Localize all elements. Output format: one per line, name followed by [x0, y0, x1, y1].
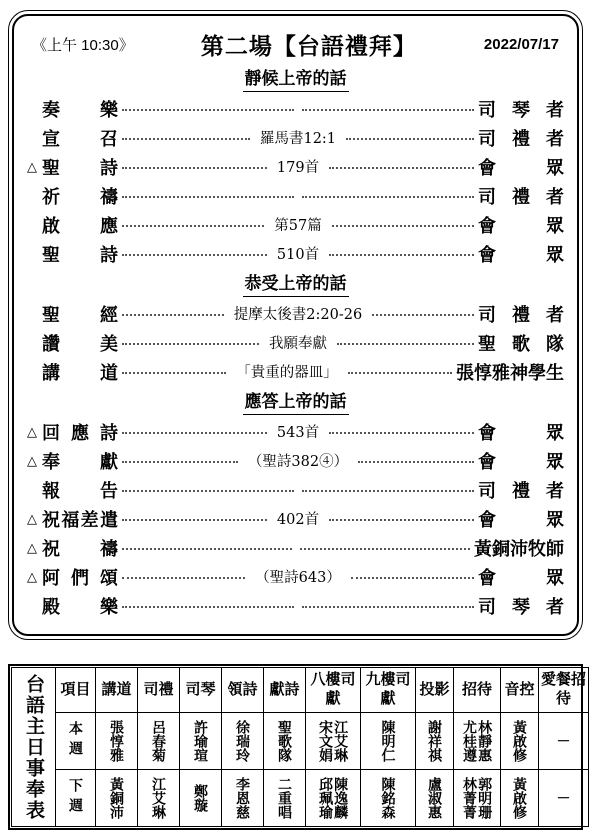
item-role: 張惇雅神學生	[456, 359, 564, 385]
kneel-mark: △	[27, 159, 42, 175]
section-heading: 恭受上帝的話	[14, 270, 577, 299]
item-role: 會眾	[478, 154, 564, 180]
item-content: 提摩太後書2:20-26	[228, 303, 368, 324]
program-row: 報告 司禮者	[14, 475, 577, 504]
item-content: 我願奉獻	[263, 332, 333, 353]
dotted-leader	[122, 606, 294, 608]
roster-cell: 謝祥祺	[416, 713, 454, 770]
item-content: 第57篇	[268, 214, 327, 235]
item-role: 會眾	[478, 564, 564, 590]
dotted-leader	[302, 196, 474, 198]
program-row: 讚美 我願奉獻 聖歌隊	[14, 328, 577, 357]
item-role: 聖歌隊	[478, 330, 564, 356]
program-row: △ 祝禱 黃銅沛牧師	[14, 533, 577, 562]
sheet-header: 《上午 10:30》 第二場【台語禮拜】 2022/07/17	[14, 24, 577, 63]
item-label: 聖詩	[42, 154, 118, 180]
item-label: 聖詩	[42, 241, 118, 267]
item-content: 543首	[271, 421, 325, 442]
program-row: 奏樂 司琴者	[14, 94, 577, 123]
service-date: 2022/07/17	[484, 36, 559, 53]
dotted-leader	[122, 577, 245, 579]
dotted-leader	[122, 372, 226, 374]
dotted-leader	[329, 254, 474, 256]
item-label: 祝禱	[42, 535, 118, 561]
dotted-leader	[372, 314, 474, 316]
dotted-leader	[329, 519, 474, 521]
dotted-leader	[122, 138, 250, 140]
roster-col-header: 投影	[416, 668, 454, 713]
roster-cell: 黃啟修	[501, 713, 539, 770]
kneel-mark: △	[27, 569, 42, 585]
section-heading: 靜候上帝的話	[14, 65, 577, 94]
item-role: 會眾	[478, 212, 564, 238]
dotted-leader	[337, 343, 474, 345]
item-content: 179首	[271, 156, 325, 177]
item-label: 聖經	[42, 301, 118, 327]
roster-col-header: 講道	[96, 668, 138, 713]
item-role: 黃銅沛牧師	[474, 535, 564, 561]
dotted-leader	[122, 109, 294, 111]
item-label: 回應詩	[42, 419, 118, 445]
program-row: △ 祝福差遣 402首 會眾	[14, 504, 577, 533]
dotted-leader	[122, 490, 294, 492]
item-role: 司禮者	[478, 125, 564, 151]
dotted-leader	[329, 432, 474, 434]
dotted-leader	[348, 372, 452, 374]
program-row: △ 聖詩 179首 會眾	[14, 152, 577, 181]
dotted-leader	[122, 196, 294, 198]
roster-cell: 聖歌隊	[264, 713, 306, 770]
item-content: 「貴重的器皿」	[230, 361, 344, 382]
program-row: 聖經 提摩太後書2:20-26 司禮者	[14, 299, 577, 328]
dotted-leader	[351, 577, 474, 579]
program-row: 啟應 第57篇 會眾	[14, 210, 577, 239]
program-row: 講道 「貴重的器皿」 張惇雅神學生	[14, 357, 577, 386]
item-role: 司禮者	[478, 183, 564, 209]
item-role: 司琴者	[478, 96, 564, 122]
dotted-leader	[122, 432, 267, 434]
program-row: △ 回應詩 543首 會眾	[14, 417, 577, 446]
roster-side-title: 台語主日事奉表	[12, 668, 56, 827]
roster-cell: 徐瑞玲	[222, 713, 264, 770]
item-role: 會眾	[478, 419, 564, 445]
roster-col-header: 獻詩	[264, 668, 306, 713]
roster-table-border: 台語主日事奉表 項目 講道 司禮 司琴 領詩 獻詩 八樓司獻 九樓司獻 投影 招…	[8, 664, 583, 830]
kneel-mark: △	[27, 424, 42, 440]
item-label: 讚美	[42, 330, 118, 356]
roster-col-header: 司禮	[138, 668, 180, 713]
dotted-leader	[302, 606, 474, 608]
dotted-leader	[302, 490, 474, 492]
roster-cell: 張惇雅	[96, 713, 138, 770]
item-role: 司禮者	[478, 301, 564, 327]
roster-col-header: 音控	[501, 668, 539, 713]
dotted-leader	[122, 254, 267, 256]
item-content: （聖詩382④）	[242, 450, 354, 471]
dotted-leader	[302, 109, 474, 111]
bulletin-page: 《上午 10:30》 第二場【台語禮拜】 2022/07/17 靜候上帝的話 奏…	[0, 0, 591, 818]
item-content: （聖詩643）	[249, 566, 347, 587]
program-sheet-border: 《上午 10:30》 第二場【台語禮拜】 2022/07/17 靜候上帝的話 奏…	[8, 10, 583, 640]
item-content: 羅馬書12:1	[254, 127, 342, 148]
item-label: 祈禱	[42, 183, 118, 209]
item-role: 會眾	[478, 448, 564, 474]
dotted-leader	[329, 167, 474, 169]
item-label: 阿們頌	[42, 564, 118, 590]
roster-cell: 江艾琳 宋文娟	[306, 713, 361, 770]
program-row: 聖詩 510首 會眾	[14, 239, 577, 268]
item-role: 會眾	[478, 241, 564, 267]
dotted-leader	[122, 548, 292, 550]
roster-col-header: 司琴	[180, 668, 222, 713]
program-sheet: 《上午 10:30》 第二場【台語禮拜】 2022/07/17 靜候上帝的話 奏…	[12, 14, 579, 636]
program-row: △ 奉獻 （聖詩382④） 會眾	[14, 446, 577, 475]
dotted-leader	[358, 461, 474, 463]
roster-col-header: 項目	[56, 668, 96, 713]
item-content: 510首	[271, 243, 325, 264]
kneel-mark: △	[27, 511, 42, 527]
item-label: 啟應	[42, 212, 118, 238]
dotted-leader	[122, 314, 224, 316]
program-row: 宣召 羅馬書12:1 司禮者	[14, 123, 577, 152]
item-role: 會眾	[478, 506, 564, 532]
dotted-leader	[332, 225, 474, 227]
roster-cell: 呂春菊	[138, 713, 180, 770]
roster-cell: 許瑜瑄	[180, 713, 222, 770]
service-time: 《上午 10:30》	[32, 34, 134, 55]
section-heading: 應答上帝的話	[14, 388, 577, 417]
dotted-leader	[300, 548, 470, 550]
roster-cell: 陳明仁	[361, 713, 416, 770]
program-row: 殿樂 司琴者	[14, 591, 577, 620]
item-label: 講道	[42, 359, 118, 385]
dotted-leader	[346, 138, 474, 140]
item-content: 402首	[271, 508, 325, 529]
roster-row-this-week: 本週 張惇雅 呂春菊 許瑜瑄 徐瑞玲 聖歌隊 江艾琳 宋文娟 陳明仁 謝祥祺 林…	[12, 713, 589, 770]
item-role: 司琴者	[478, 593, 564, 619]
item-label: 奉獻	[42, 448, 118, 474]
item-label: 奏樂	[42, 96, 118, 122]
roster-col-header: 九樓司獻	[361, 668, 416, 713]
page-title: 第二場【台語禮拜】	[134, 28, 484, 61]
roster-cell: －	[539, 713, 589, 770]
dotted-leader	[122, 519, 267, 521]
roster-col-header: 招待	[454, 668, 501, 713]
roster-table: 台語主日事奉表 項目 講道 司禮 司琴 領詩 獻詩 八樓司獻 九樓司獻 投影 招…	[11, 667, 589, 827]
roster-cell: 林靜惠 尤桂遵	[454, 713, 501, 770]
dotted-leader	[122, 343, 259, 345]
item-role: 司禮者	[478, 477, 564, 503]
item-label: 報告	[42, 477, 118, 503]
roster-row-label: 本週	[56, 713, 96, 770]
item-label: 殿樂	[42, 593, 118, 619]
item-label: 宣召	[42, 125, 118, 151]
kneel-mark: △	[27, 540, 42, 556]
kneel-mark: △	[27, 453, 42, 469]
roster-col-header: 領詩	[222, 668, 264, 713]
roster-col-header: 愛餐招待	[539, 668, 589, 713]
program-row: △ 阿們頌 （聖詩643） 會眾	[14, 562, 577, 591]
program-row: 祈禱 司禮者	[14, 181, 577, 210]
dotted-leader	[122, 167, 267, 169]
item-label: 祝福差遣	[42, 506, 118, 532]
dotted-leader	[122, 461, 238, 463]
dotted-leader	[122, 225, 264, 227]
roster-col-header: 八樓司獻	[306, 668, 361, 713]
